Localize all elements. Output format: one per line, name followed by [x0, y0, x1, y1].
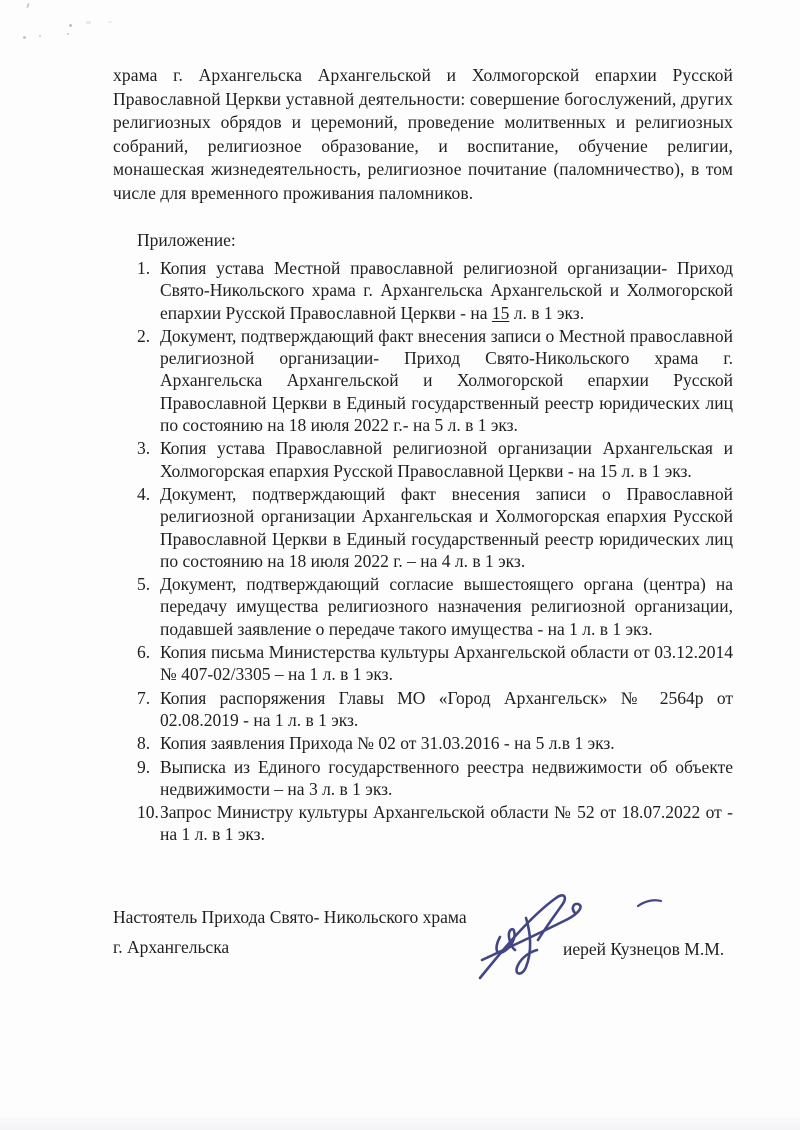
scanned-document-page: храма г. Архангельска Архангельской и Хо…	[0, 0, 800, 1130]
list-item-text: Выписка из Единого государственного реес…	[160, 756, 733, 801]
list-item: 5. Документ, подтверждающий согласие выш…	[137, 573, 733, 640]
list-item-text-pre: Документ, подтверждающий согласие вышест…	[160, 574, 733, 639]
list-item-text-pre: Документ, подтверждающий факт внесения з…	[160, 326, 733, 435]
list-item-text-pre: Запрос Министру культуры Архангельской о…	[160, 802, 733, 844]
list-item: 8. Копия заявления Прихода № 02 от 31.03…	[137, 732, 733, 754]
document-body: храма г. Архангельска Архангельской и Хо…	[113, 64, 733, 847]
scan-speck	[39, 35, 41, 37]
list-item: 9. Выписка из Единого государственного р…	[137, 756, 733, 801]
scan-speck	[86, 21, 91, 24]
handwritten-signature	[470, 880, 670, 988]
list-item-text: Копия заявления Прихода № 02 от 31.03.20…	[160, 732, 733, 754]
list-item-text-post: л. в 1 экз.	[509, 303, 584, 323]
list-item-text-pre: Копия заявления Прихода № 02 от 31.03.20…	[160, 733, 615, 753]
list-item-text: Документ, подтверждающий согласие вышест…	[160, 573, 733, 640]
list-item-text-pre: Копия распоряжения Главы МО «Город Архан…	[160, 688, 733, 730]
list-item-text-pre: Копия письма Министерства культуры Архан…	[160, 642, 733, 684]
signature-block: Настоятель Прихода Свято- Никольского хр…	[113, 902, 733, 962]
list-item-number: 2.	[137, 325, 160, 436]
list-item-text-pre: Копия устава Православной религиозной ор…	[160, 438, 733, 480]
list-item-number: 7.	[137, 687, 160, 732]
intro-paragraph: храма г. Архангельска Архангельской и Хо…	[113, 64, 733, 205]
list-item-text: Копия устава Местной православной религи…	[160, 257, 733, 324]
scan-speck	[67, 33, 69, 35]
list-item-text: Копия устава Православной религиозной ор…	[160, 437, 733, 482]
list-item-text: Запрос Министру культуры Архангельской о…	[160, 801, 733, 846]
list-item-number: 9.	[137, 756, 160, 801]
list-item-text: Копия письма Министерства культуры Архан…	[160, 641, 733, 686]
list-item: 7. Копия распоряжения Главы МО «Город Ар…	[137, 687, 733, 732]
list-item: 3. Копия устава Православной религиозной…	[137, 437, 733, 482]
list-item-number: 6.	[137, 641, 160, 686]
signature-strokes	[480, 895, 661, 978]
list-item-number: 3.	[137, 437, 160, 482]
list-item-text-pre: Копия устава Местной православной религи…	[160, 258, 733, 323]
list-item-number: 8.	[137, 732, 160, 754]
list-item: 2. Документ, подтверждающий факт внесени…	[137, 325, 733, 436]
signer-name: иерей Кузнецов М.М.	[563, 938, 743, 960]
scan-speck	[26, 3, 30, 8]
list-item: 6. Копия письма Министерства культуры Ар…	[137, 641, 733, 686]
scan-bottom-edge	[0, 1117, 800, 1130]
list-item-number: 4.	[137, 483, 160, 572]
scan-speck	[69, 24, 72, 27]
list-item-text: Документ, подтверждающий факт внесения з…	[160, 483, 733, 572]
scan-speck	[23, 36, 26, 39]
list-item-text-pre: Выписка из Единого государственного реес…	[160, 757, 733, 799]
list-item-text-underlined: 15	[492, 303, 510, 323]
list-item-number: 5.	[137, 573, 160, 640]
list-item: 4. Документ, подтверждающий факт внесени…	[137, 483, 733, 572]
scan-speck	[108, 21, 112, 23]
list-item: 10. Запрос Министру культуры Архангельск…	[137, 801, 733, 846]
list-item-text: Копия распоряжения Главы МО «Город Архан…	[160, 687, 733, 732]
list-item-number: 1.	[137, 257, 160, 324]
list-item-number: 10.	[137, 801, 160, 846]
list-item: 1. Копия устава Местной православной рел…	[137, 257, 733, 324]
attachment-heading: Приложение:	[137, 229, 733, 251]
attachment-list: 1. Копия устава Местной православной рел…	[137, 257, 733, 846]
list-item-text: Документ, подтверждающий факт внесения з…	[160, 325, 733, 436]
list-item-text-pre: Документ, подтверждающий факт внесения з…	[160, 484, 733, 571]
